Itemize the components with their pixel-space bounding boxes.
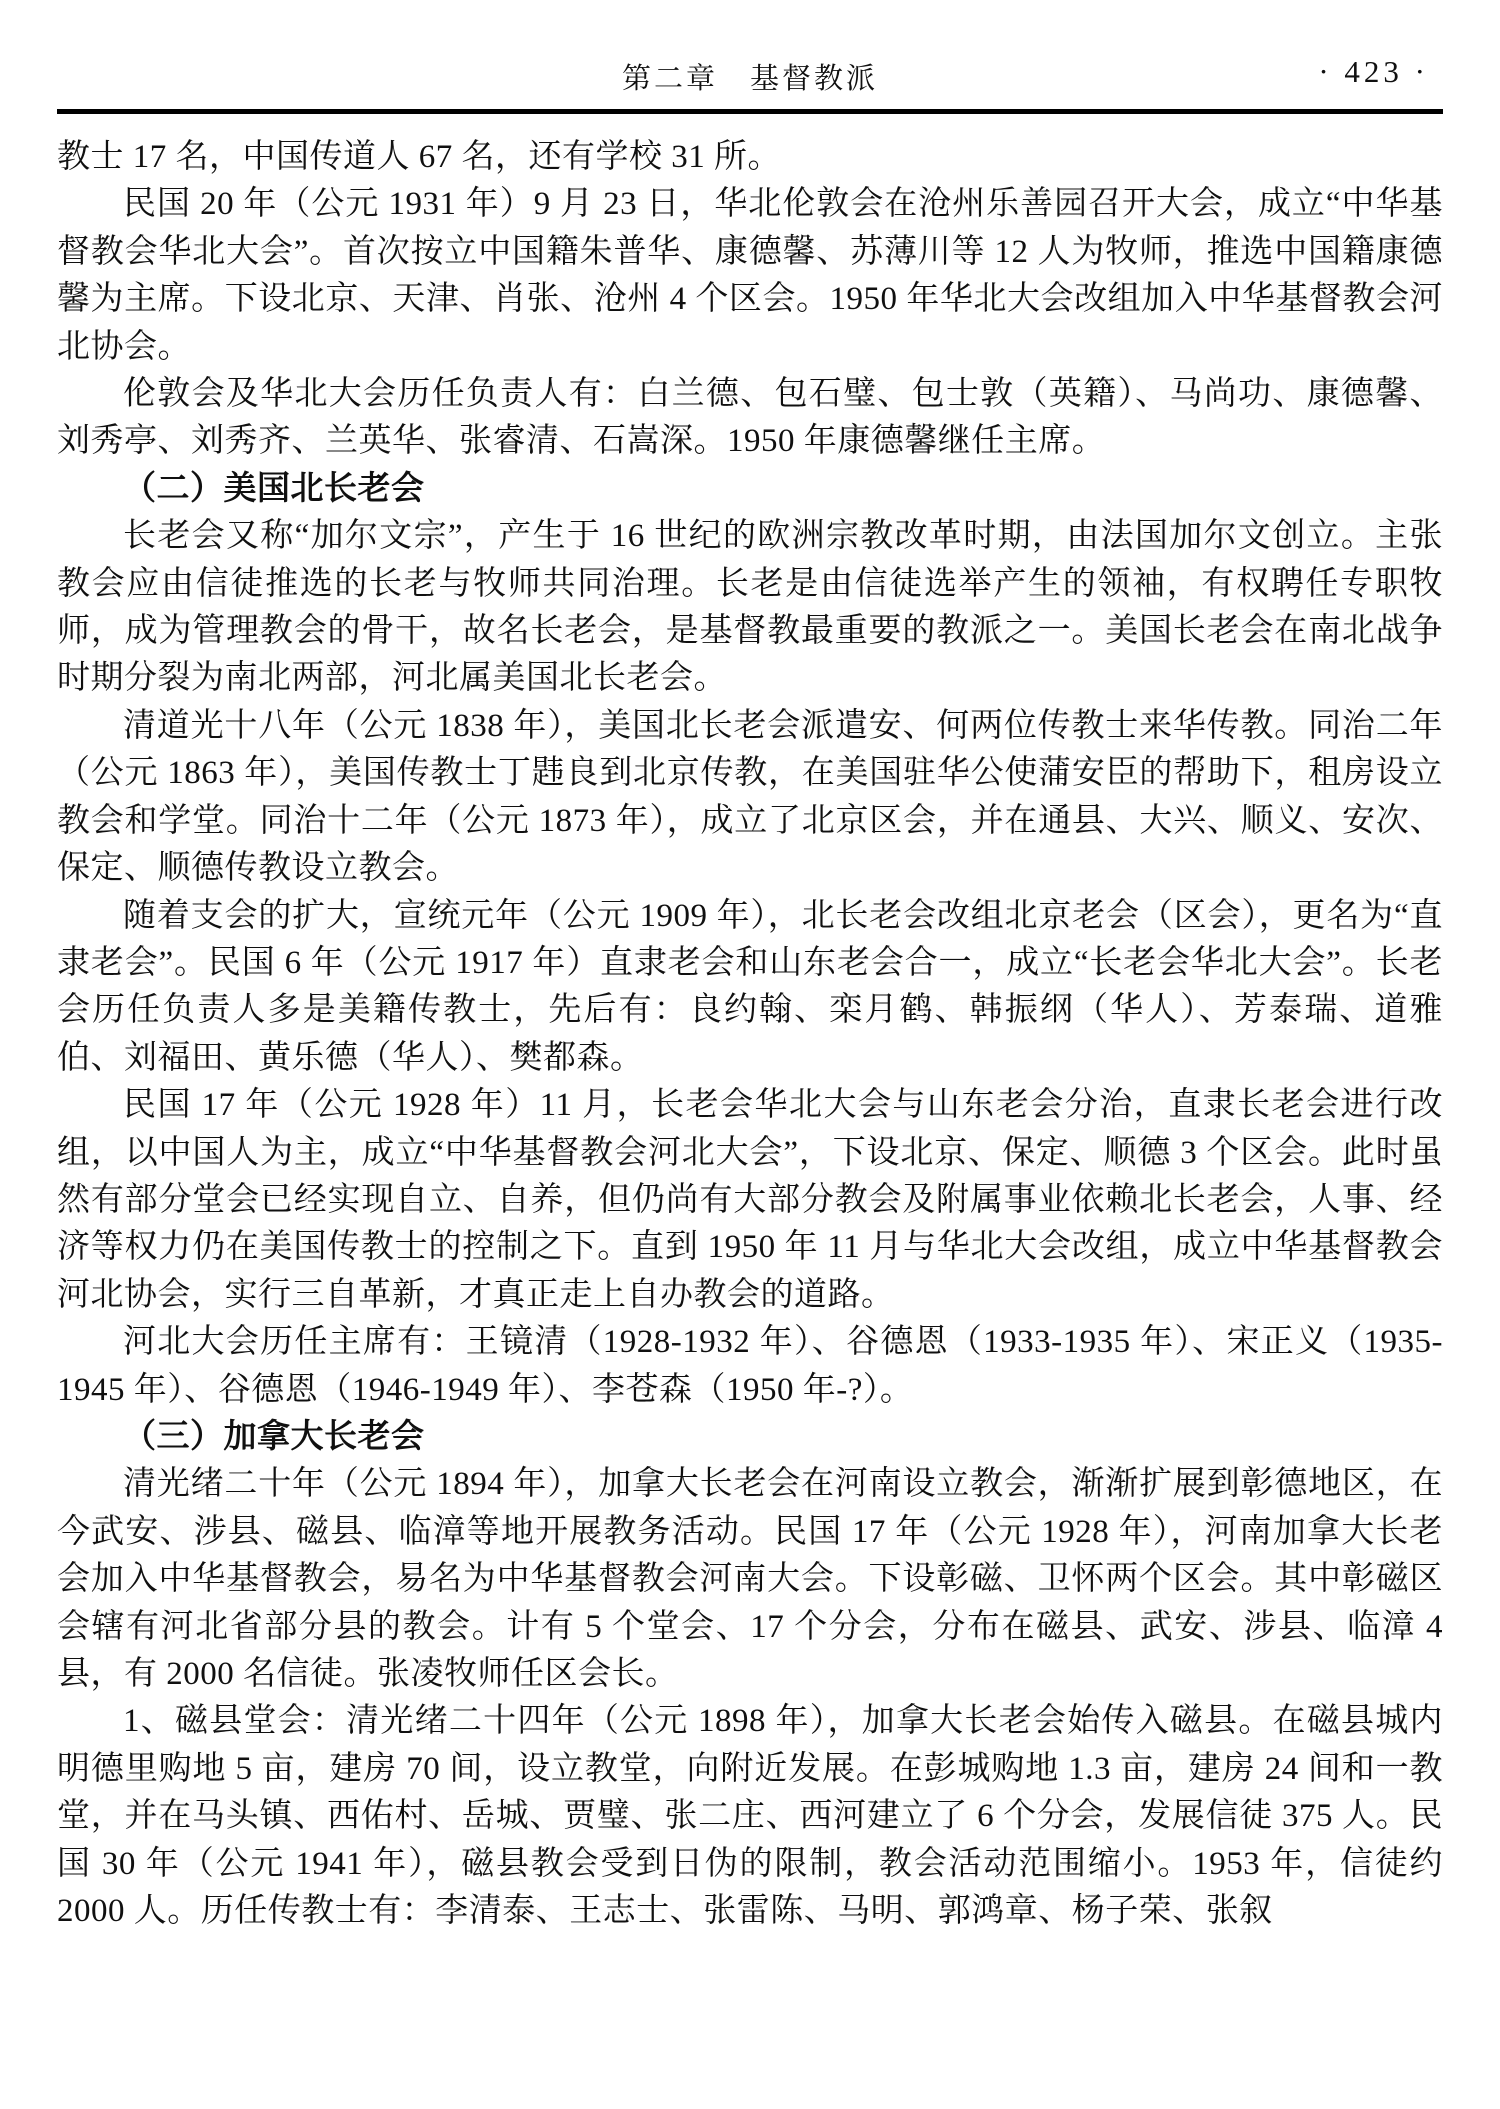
- page-number: · 423 ·: [1318, 54, 1429, 90]
- paragraph: 民国 17 年（公元 1928 年）11 月，长老会华北大会与山东老会分治，直隶…: [57, 1082, 1443, 1319]
- section-heading: （三）加拿大长老会: [57, 1414, 1443, 1461]
- header-rule: [57, 109, 1443, 114]
- book-page: 第二章 基督教派 · 423 · 教士 17 名，中国传道人 67 名，还有学校…: [0, 0, 1500, 2109]
- paragraph: 长老会又称“加尔文宗”，产生于 16 世纪的欧洲宗教改革时期，由法国加尔文创立。…: [57, 513, 1443, 703]
- paragraph: 清光绪二十年（公元 1894 年），加拿大长老会在河南设立教会，渐渐扩展到彰德地…: [57, 1461, 1443, 1698]
- paragraph: 1、磁县堂会：清光绪二十四年（公元 1898 年），加拿大长老会始传入磁县。在磁…: [57, 1698, 1443, 1935]
- page-body-text: 教士 17 名，中国传道人 67 名，还有学校 31 所。民国 20 年（公元 …: [57, 134, 1443, 1935]
- paragraph: 伦敦会及华北大会历任负责人有：白兰德、包石璧、包士敦（英籍）、马尚功、康德馨、刘…: [57, 371, 1443, 466]
- paragraph: 民国 20 年（公元 1931 年）9 月 23 日，华北伦敦会在沧州乐善园召开…: [57, 181, 1443, 371]
- paragraph: 随着支会的扩大，宣统元年（公元 1909 年），北长老会改组北京老会（区会），更…: [57, 893, 1443, 1083]
- running-head-chapter-title: 第二章 基督教派: [57, 56, 1443, 97]
- paragraph: 教士 17 名，中国传道人 67 名，还有学校 31 所。: [57, 134, 1443, 181]
- running-header: 第二章 基督教派 · 423 ·: [57, 50, 1443, 96]
- paragraph: 清道光十八年（公元 1838 年），美国北长老会派遣安、何两位传教士来华传教。同…: [57, 703, 1443, 893]
- paragraph: 河北大会历任主席有：王镜清（1928-1932 年）、谷德恩（1933-1935…: [57, 1319, 1443, 1414]
- section-heading: （二）美国北长老会: [57, 466, 1443, 513]
